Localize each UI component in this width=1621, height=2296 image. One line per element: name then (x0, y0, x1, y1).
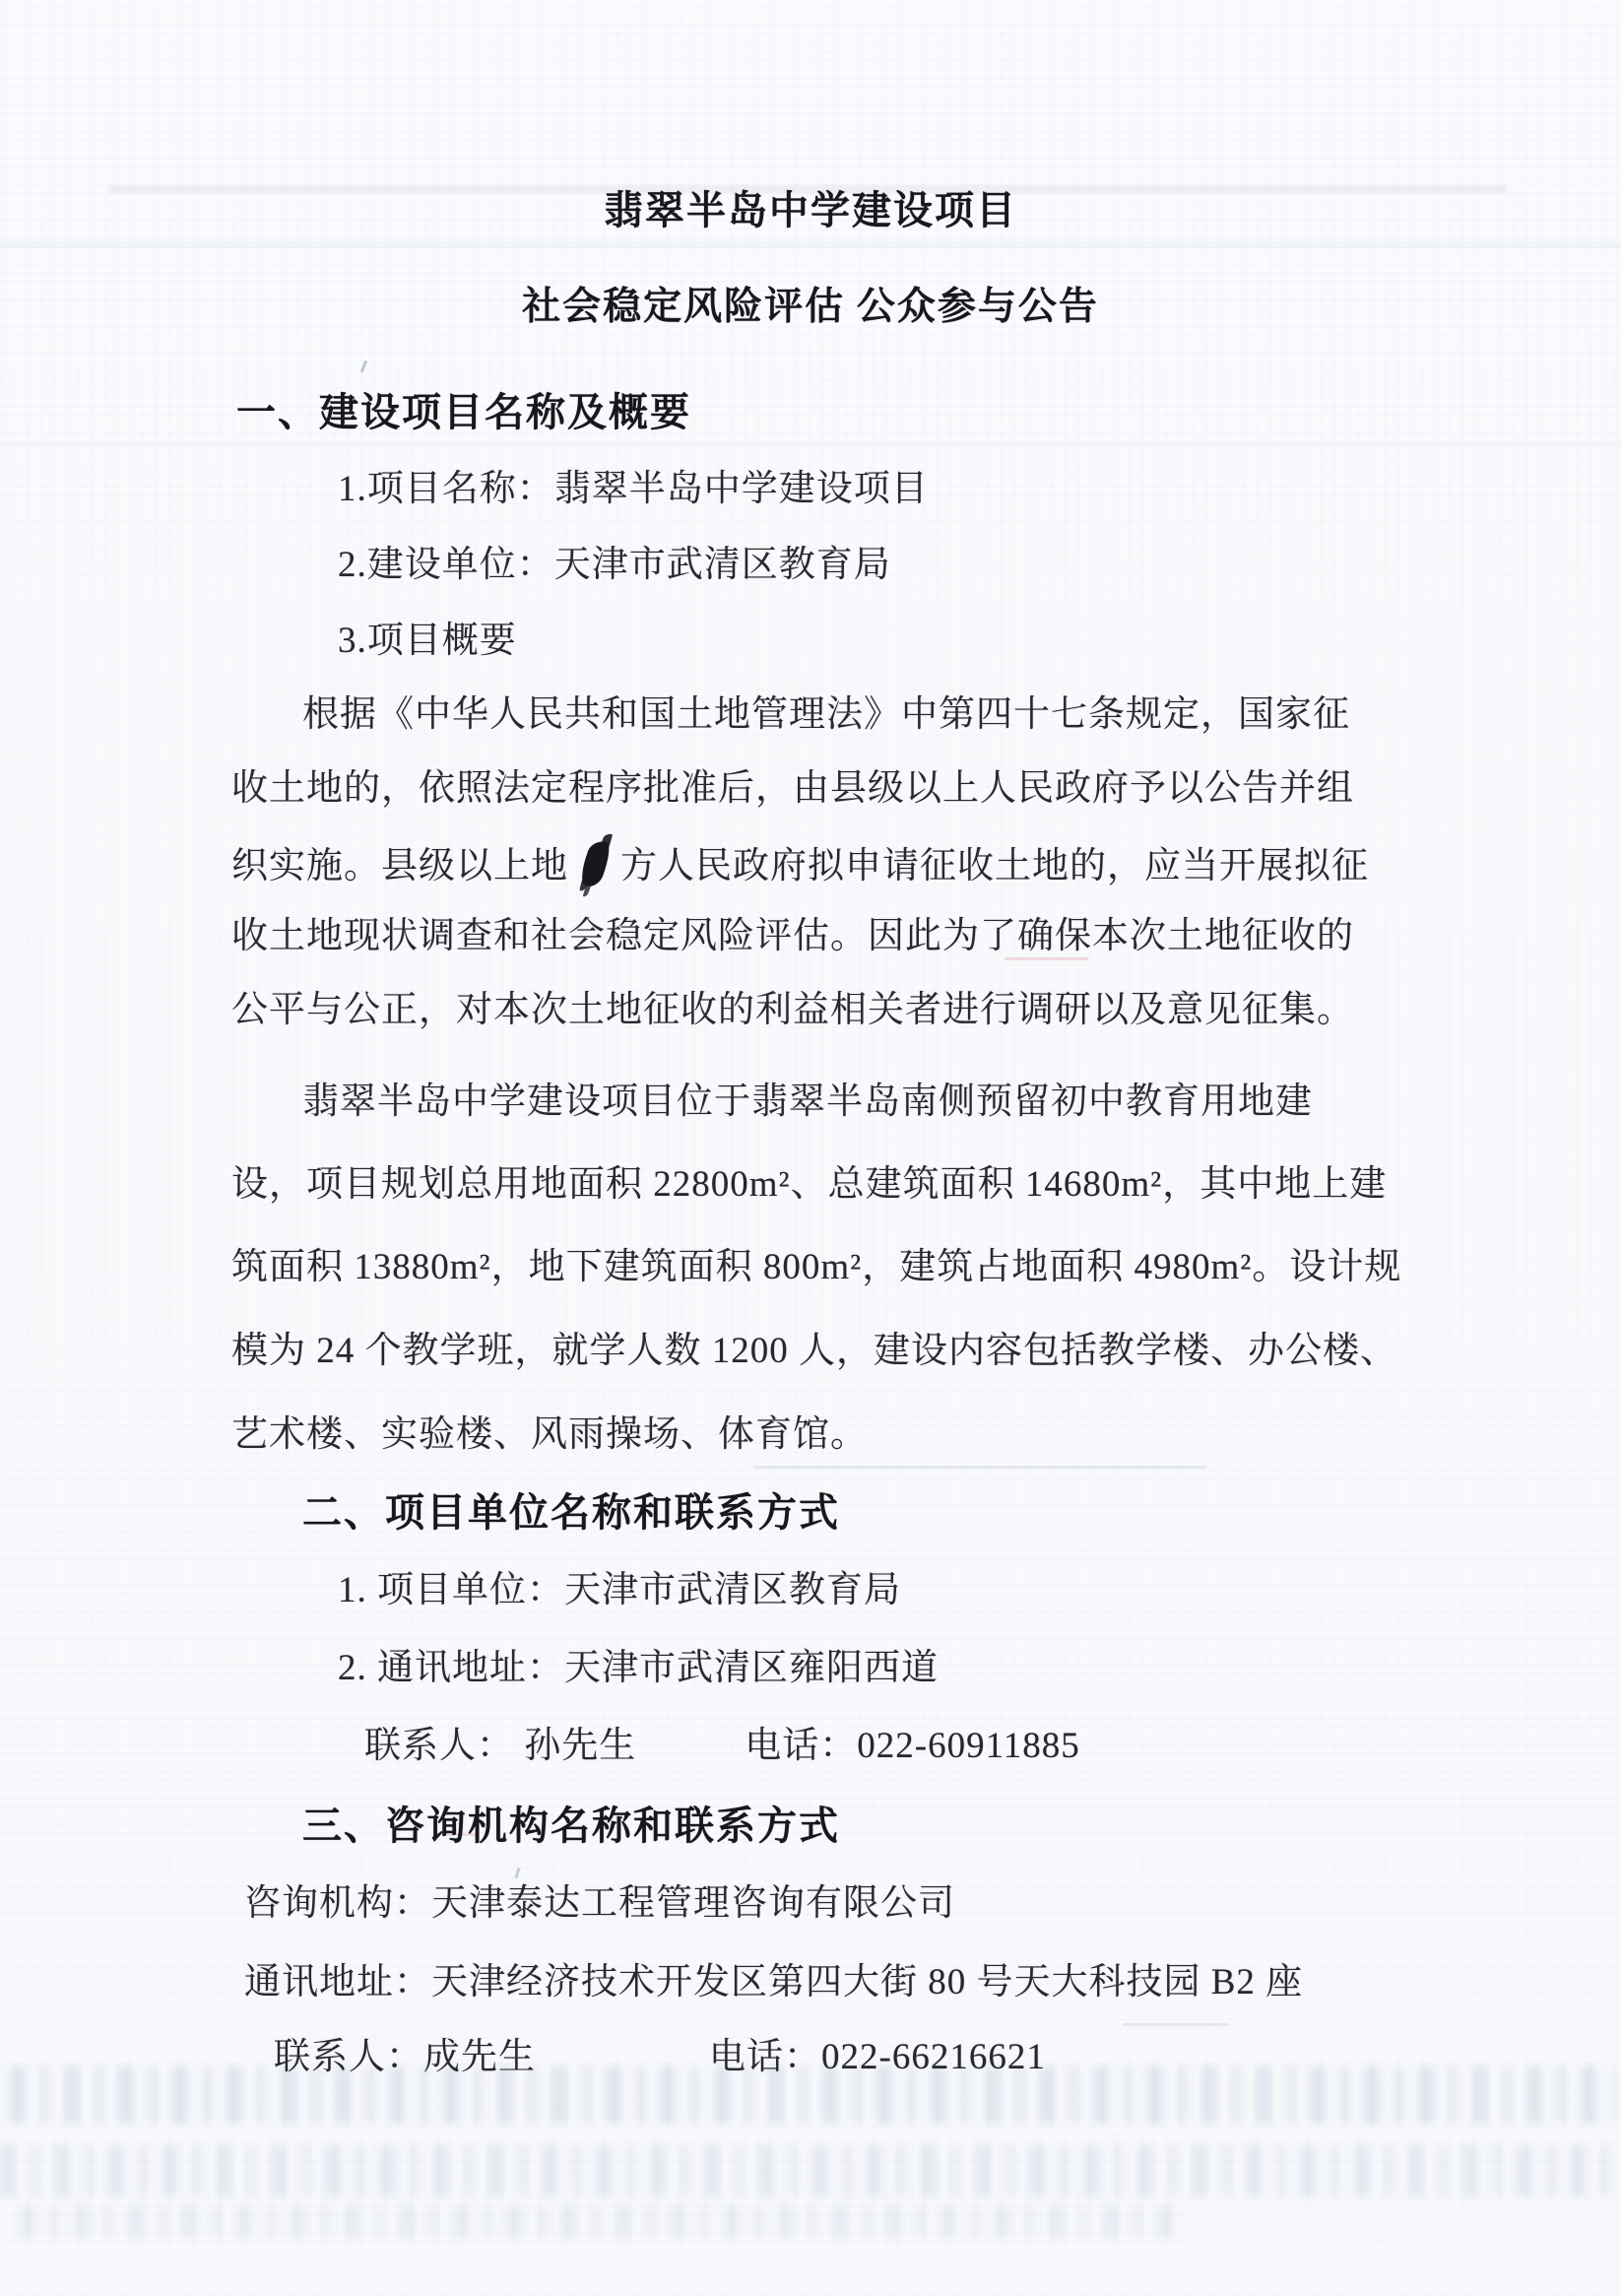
section2-item-mailing-address: 2. 通讯地址：天津市武清区雍阳西道 (338, 1646, 939, 1691)
scan-mark-artifact (1123, 2023, 1228, 2026)
section2-item-project-unit: 1. 项目单位：天津市武清区教育局 (338, 1568, 901, 1613)
paragraph2-line3: 筑面积 13880m²，地下建筑面积 800m²，建筑占地面积 4980m²。设… (231, 1245, 1401, 1290)
scan-mark-artifact (753, 1466, 1206, 1469)
bleedthrough-ghost-band (20, 2204, 1182, 2238)
section1-item-project-name: 1.项目名称：翡翠半岛中学建设项目 (338, 467, 929, 512)
section3-phone: 电话：022-66216621 (709, 2037, 1046, 2077)
ink-blot-artifact (576, 839, 615, 889)
paragraph1-line2: 收土地的，依照法定程序批准后，由县级以上人民政府予以公告并组 (231, 766, 1354, 812)
section2-phone: 电话：022-60911885 (745, 1726, 1079, 1766)
paragraph1-line3: 织实施。县级以上地方人民政府拟申请征收土地的，应当开展拟征 (231, 840, 1369, 889)
scan-speck-artifact (360, 361, 367, 372)
section3-contact-line: 联系人：成先生电话：022-66216621 (274, 2035, 1046, 2080)
section2-heading: 二、项目单位名称和联系方式 (302, 1490, 840, 1536)
document-subtitle: 社会稳定风险评估 公众参与公告 (0, 285, 1621, 330)
section1-item-construction-unit: 2.建设单位：天津市武清区教育局 (338, 543, 891, 588)
section1-heading: 一、建设项目名称及概要 (236, 390, 691, 435)
paragraph2-line1: 翡翠半岛中学建设项目位于翡翠半岛南侧预留初中教育用地建 (302, 1080, 1313, 1125)
document-title: 翡翠半岛中学建设项目 (0, 188, 1621, 233)
section2-contact-line: 联系人： 孙先生电话：022-60911885 (364, 1724, 1080, 1769)
paragraph1-line4: 收土地现状调查和社会稳定风险评估。因此为了确保本次土地征收的 (231, 914, 1354, 959)
paragraph2-line4: 模为 24 个教学班，就学人数 1200 人，建设内容包括教学楼、办公楼、 (231, 1329, 1397, 1374)
section3-mailing-address: 通讯地址：天津经济技术开发区第四大街 80 号天大科技园 B2 座 (244, 1960, 1303, 2005)
section1-item-project-summary: 3.项目概要 (338, 619, 517, 664)
paragraph2-line5: 艺术楼、实验楼、风雨操场、体育馆。 (231, 1412, 868, 1458)
paragraph2-line2: 设，项目规划总用地面积 22800m²、总建筑面积 14680m²，其中地上建 (231, 1162, 1387, 1208)
paragraph1-line5: 公平与公正，对本次土地征收的利益相关者进行调研以及意见征集。 (231, 988, 1354, 1033)
bleedthrough-ghost-band (0, 2145, 1621, 2197)
section3-heading: 三、咨询机构名称和联系方式 (302, 1804, 840, 1849)
scan-speck-artifact (514, 1868, 520, 1878)
scan-streak-artifact (0, 442, 1621, 447)
scanned-document-page: 翡翠半岛中学建设项目 社会稳定风险评估 公众参与公告 一、建设项目名称及概要 1… (0, 0, 1621, 2296)
paragraph1-line1: 根据《中华人民共和国土地管理法》中第四十七条规定，国家征 (302, 692, 1350, 738)
paragraph1-line3-before-blot: 织实施。县级以上地 (231, 846, 568, 886)
paragraph1-line3-after-blot: 方人民政府拟申请征收土地的，应当开展拟征 (620, 846, 1369, 886)
section2-contact-person: 联系人： 孙先生 (364, 1726, 636, 1766)
section3-consulting-agency: 咨询机构：天津泰达工程管理咨询有限公司 (244, 1881, 955, 1927)
scan-streak-artifact (0, 241, 1621, 248)
section3-contact-person: 联系人：成先生 (274, 2037, 536, 2077)
